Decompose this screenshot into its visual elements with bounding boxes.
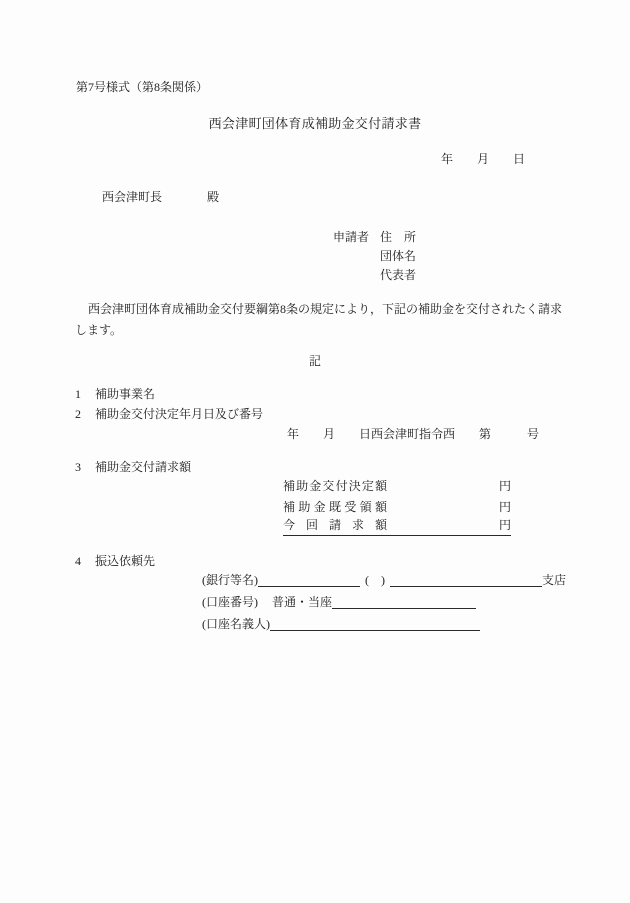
addressee-line: 西会津町長殿 [102, 189, 219, 205]
amount-current-unit: 円 [499, 518, 511, 533]
form-number: 第7号様式（第8条関係） [76, 79, 208, 95]
account-holder-label: (口座名義人) [202, 617, 270, 631]
item-1-number: 1 [75, 386, 95, 402]
account-number-fill-line [332, 595, 476, 609]
amount-row-current-request: 今回請求額 円 [283, 518, 511, 536]
body-paragraph-line2: します。 [75, 322, 122, 338]
item-3: 3補助金交付請求額 [75, 459, 191, 475]
amount-received-label: 補助金既受領額 [283, 500, 387, 515]
item-2-detail: 年 月 日西会津町指令西 第 号 [287, 426, 539, 442]
item-1: 1補助事業名 [75, 386, 155, 402]
amount-received-unit: 円 [499, 500, 511, 515]
account-holder-line: (口座名義人) [202, 617, 480, 632]
applicant-representative-label: 代表者 [380, 267, 416, 283]
account-type-label: 普通・当座 [272, 595, 332, 609]
amount-decided-label: 補助金交付決定額 [283, 479, 387, 494]
document-page: 第7号様式（第8条関係） 西会津町団体育成補助金交付請求書 年 月 日 西会津町… [0, 0, 630, 903]
branch-name-fill-line [390, 573, 542, 587]
bank-name-fill-line [258, 573, 360, 587]
item-1-label: 補助事業名 [95, 387, 155, 401]
bank-name-line: (銀行等名)( )支店 [202, 573, 566, 588]
addressee-honorific: 殿 [207, 190, 219, 204]
bank-name-label: (銀行等名) [202, 573, 258, 587]
bank-paren-slot: ( ) [360, 573, 390, 588]
applicant-label: 申請者 [333, 230, 369, 244]
amount-decided-unit: 円 [499, 479, 511, 494]
item-3-label: 補助金交付請求額 [95, 460, 191, 474]
item-4-number: 4 [75, 553, 95, 569]
document-title: 西会津町団体育成補助金交付請求書 [0, 116, 630, 132]
date-line: 年 月 日 [441, 151, 525, 167]
item-2-label: 補助金交付決定年月日及び番号 [95, 407, 263, 421]
applicant-group-label: 団体名 [380, 248, 416, 264]
amount-row-received: 補助金既受領額 円 [283, 500, 511, 515]
item-3-number: 3 [75, 459, 95, 475]
amount-row-decided: 補助金交付決定額 円 [283, 479, 511, 494]
branch-suffix: 支店 [542, 573, 566, 587]
item-4: 4振込依頼先 [75, 553, 155, 569]
account-holder-fill-line [270, 617, 480, 631]
amount-current-label: 今回請求額 [283, 518, 387, 533]
item-2-number: 2 [75, 406, 95, 422]
account-number-line: (口座番号)普通・当座 [202, 595, 476, 610]
body-paragraph-line1: 西会津町団体育成補助金交付要綱第8条の規定により，下記の補助金を交付されたく請求 [88, 301, 562, 317]
account-number-label: (口座番号) [202, 595, 258, 609]
item-2: 2補助金交付決定年月日及び番号 [75, 406, 263, 422]
applicant-address-row: 申請者住 所 [333, 229, 416, 245]
item-4-label: 振込依頼先 [95, 554, 155, 568]
applicant-address-label: 住 所 [380, 230, 416, 244]
record-heading: 記 [0, 353, 630, 369]
addressee-name: 西会津町長 [102, 190, 162, 204]
